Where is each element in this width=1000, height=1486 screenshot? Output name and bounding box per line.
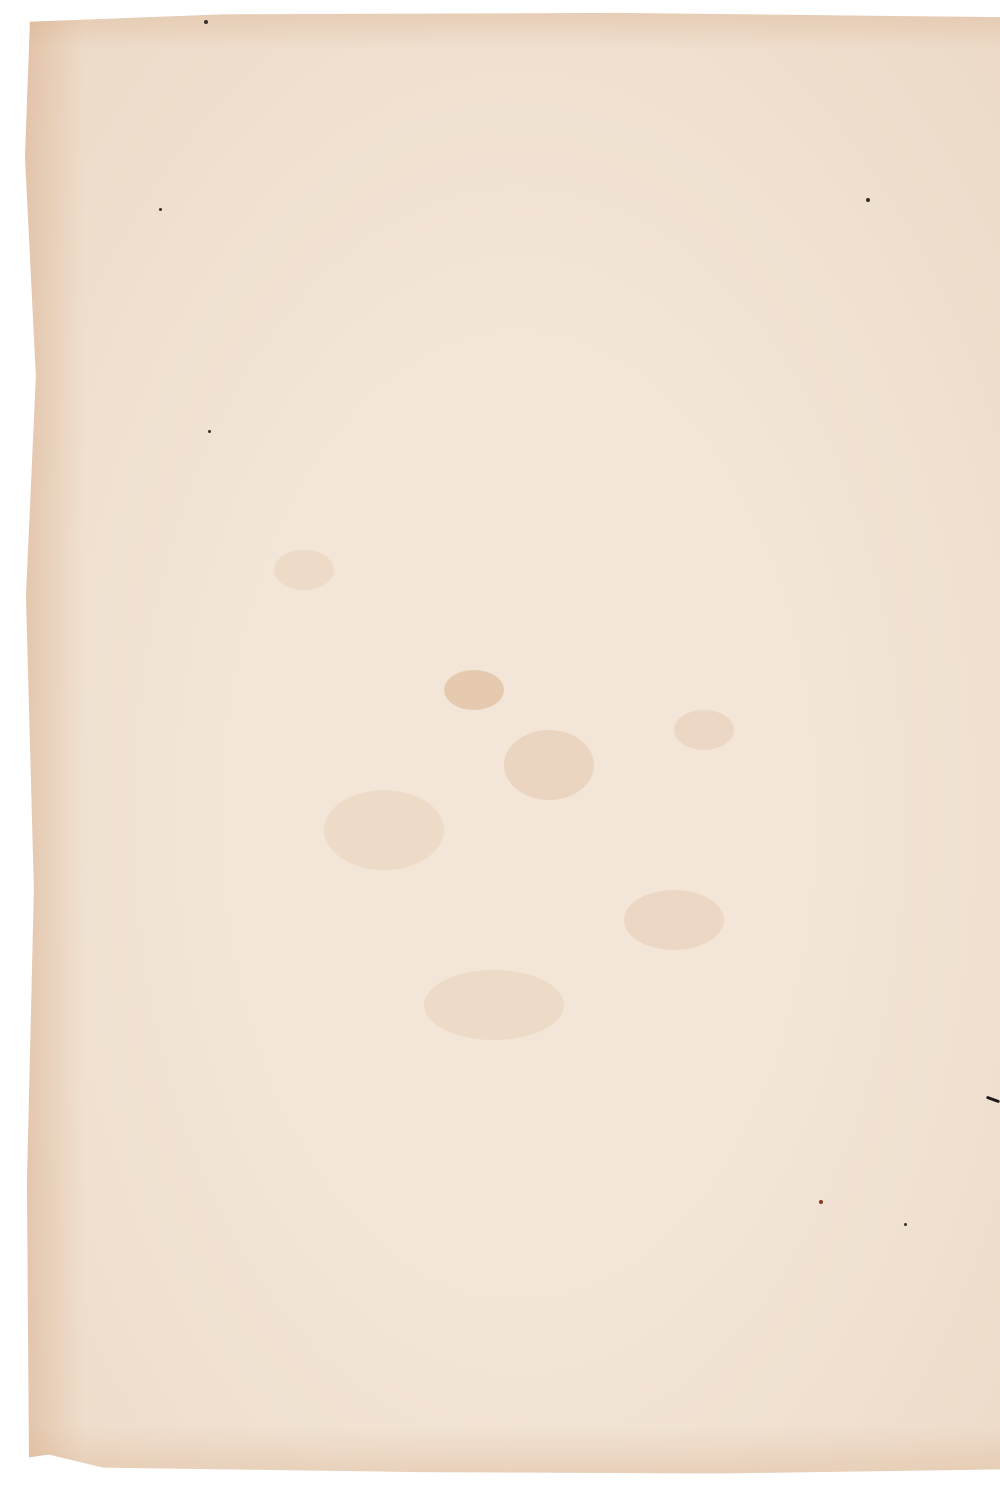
blank-paper-page bbox=[24, 10, 1000, 1475]
foxing-spot bbox=[274, 550, 334, 590]
foxing-spot bbox=[624, 890, 724, 950]
foxing-spot bbox=[424, 970, 564, 1040]
ink-speck bbox=[159, 208, 162, 211]
ink-mark bbox=[986, 1096, 1000, 1104]
ink-speck bbox=[866, 198, 870, 202]
ink-speck bbox=[208, 430, 211, 433]
foxing-spot bbox=[674, 710, 734, 750]
ink-speck bbox=[204, 20, 208, 24]
ink-speck bbox=[904, 1223, 907, 1226]
foxing-spot bbox=[324, 790, 444, 870]
foxing-spot bbox=[504, 730, 594, 800]
ink-speck bbox=[819, 1200, 823, 1204]
foxing-spot bbox=[444, 670, 504, 710]
